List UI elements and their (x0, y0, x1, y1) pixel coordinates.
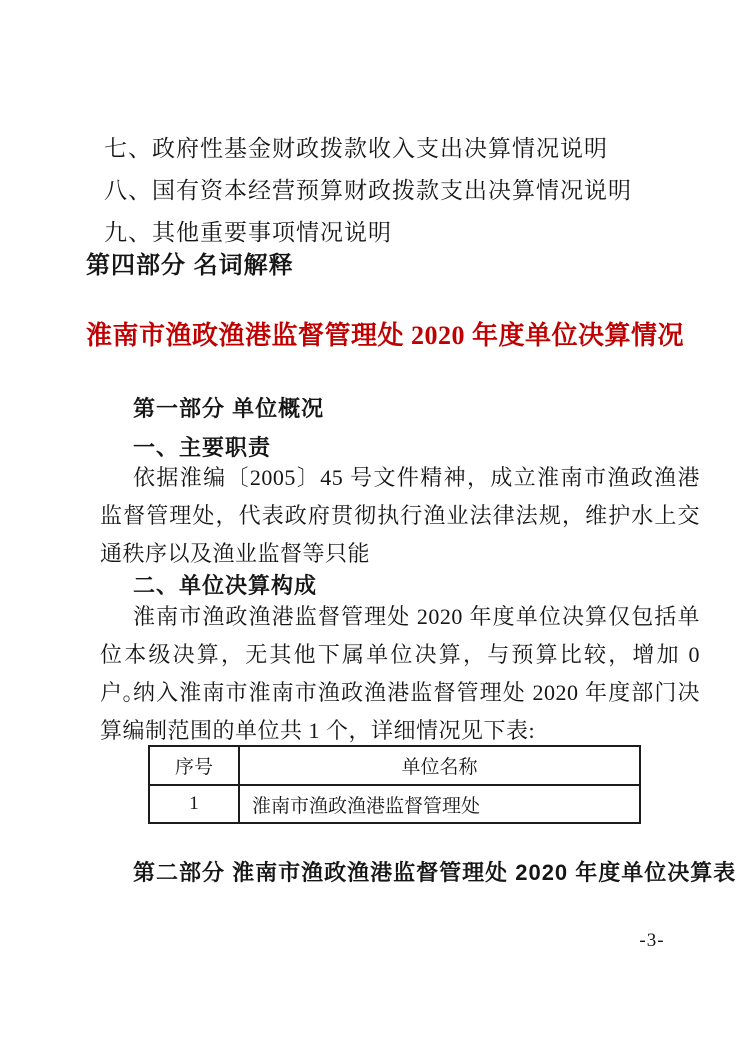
units-table-cell-index: 1 (149, 785, 239, 823)
table-row: 1 淮南市渔政渔港监督管理处 (149, 785, 640, 823)
units-table-cell-name: 淮南市渔政渔港监督管理处 (239, 785, 640, 823)
page-number: -3- (626, 930, 678, 952)
part1-subsection2-heading: 二、单位决算构成 (133, 569, 317, 600)
part1-paragraph3: 纳入淮南市淮南市渔政渔港监督管理处 2020 年度部门决算编制范围的单位共 1 … (100, 674, 700, 750)
toc-item-8: 八、国有资本经营预算财政拨款支出决算情况说明 (104, 170, 714, 212)
main-title: 淮南市渔政渔港监督管理处 2020 年度单位决算情况 (85, 315, 685, 352)
units-table: 序号 单位名称 1 淮南市渔政渔港监督管理处 (148, 745, 641, 824)
units-table-header-index: 序号 (149, 746, 239, 785)
toc-item-7: 七、政府性基金财政拨款收入支出决算情况说明 (104, 128, 714, 170)
table-of-contents: 七、政府性基金财政拨款收入支出决算情况说明 八、国有资本经营预算财政拨款支出决算… (104, 128, 714, 254)
units-table-header-row: 序号 单位名称 (149, 746, 640, 785)
part2-heading: 第二部分 淮南市渔政渔港监督管理处 2020 年度单位决算表 (133, 856, 736, 887)
document-page: 七、政府性基金财政拨款收入支出决算情况说明 八、国有资本经营预算财政拨款支出决算… (0, 0, 750, 1061)
part1-subsection1-heading: 一、主要职责 (133, 431, 271, 462)
part1-heading: 第一部分 单位概况 (133, 392, 324, 423)
part1-paragraph1: 依据淮编〔2005〕45 号文件精神，成立淮南市渔政渔港监督管理处，代表政府贯彻… (100, 459, 700, 573)
toc-part4-heading: 第四部分 名词解释 (86, 245, 294, 280)
units-table-header-name: 单位名称 (239, 746, 640, 785)
